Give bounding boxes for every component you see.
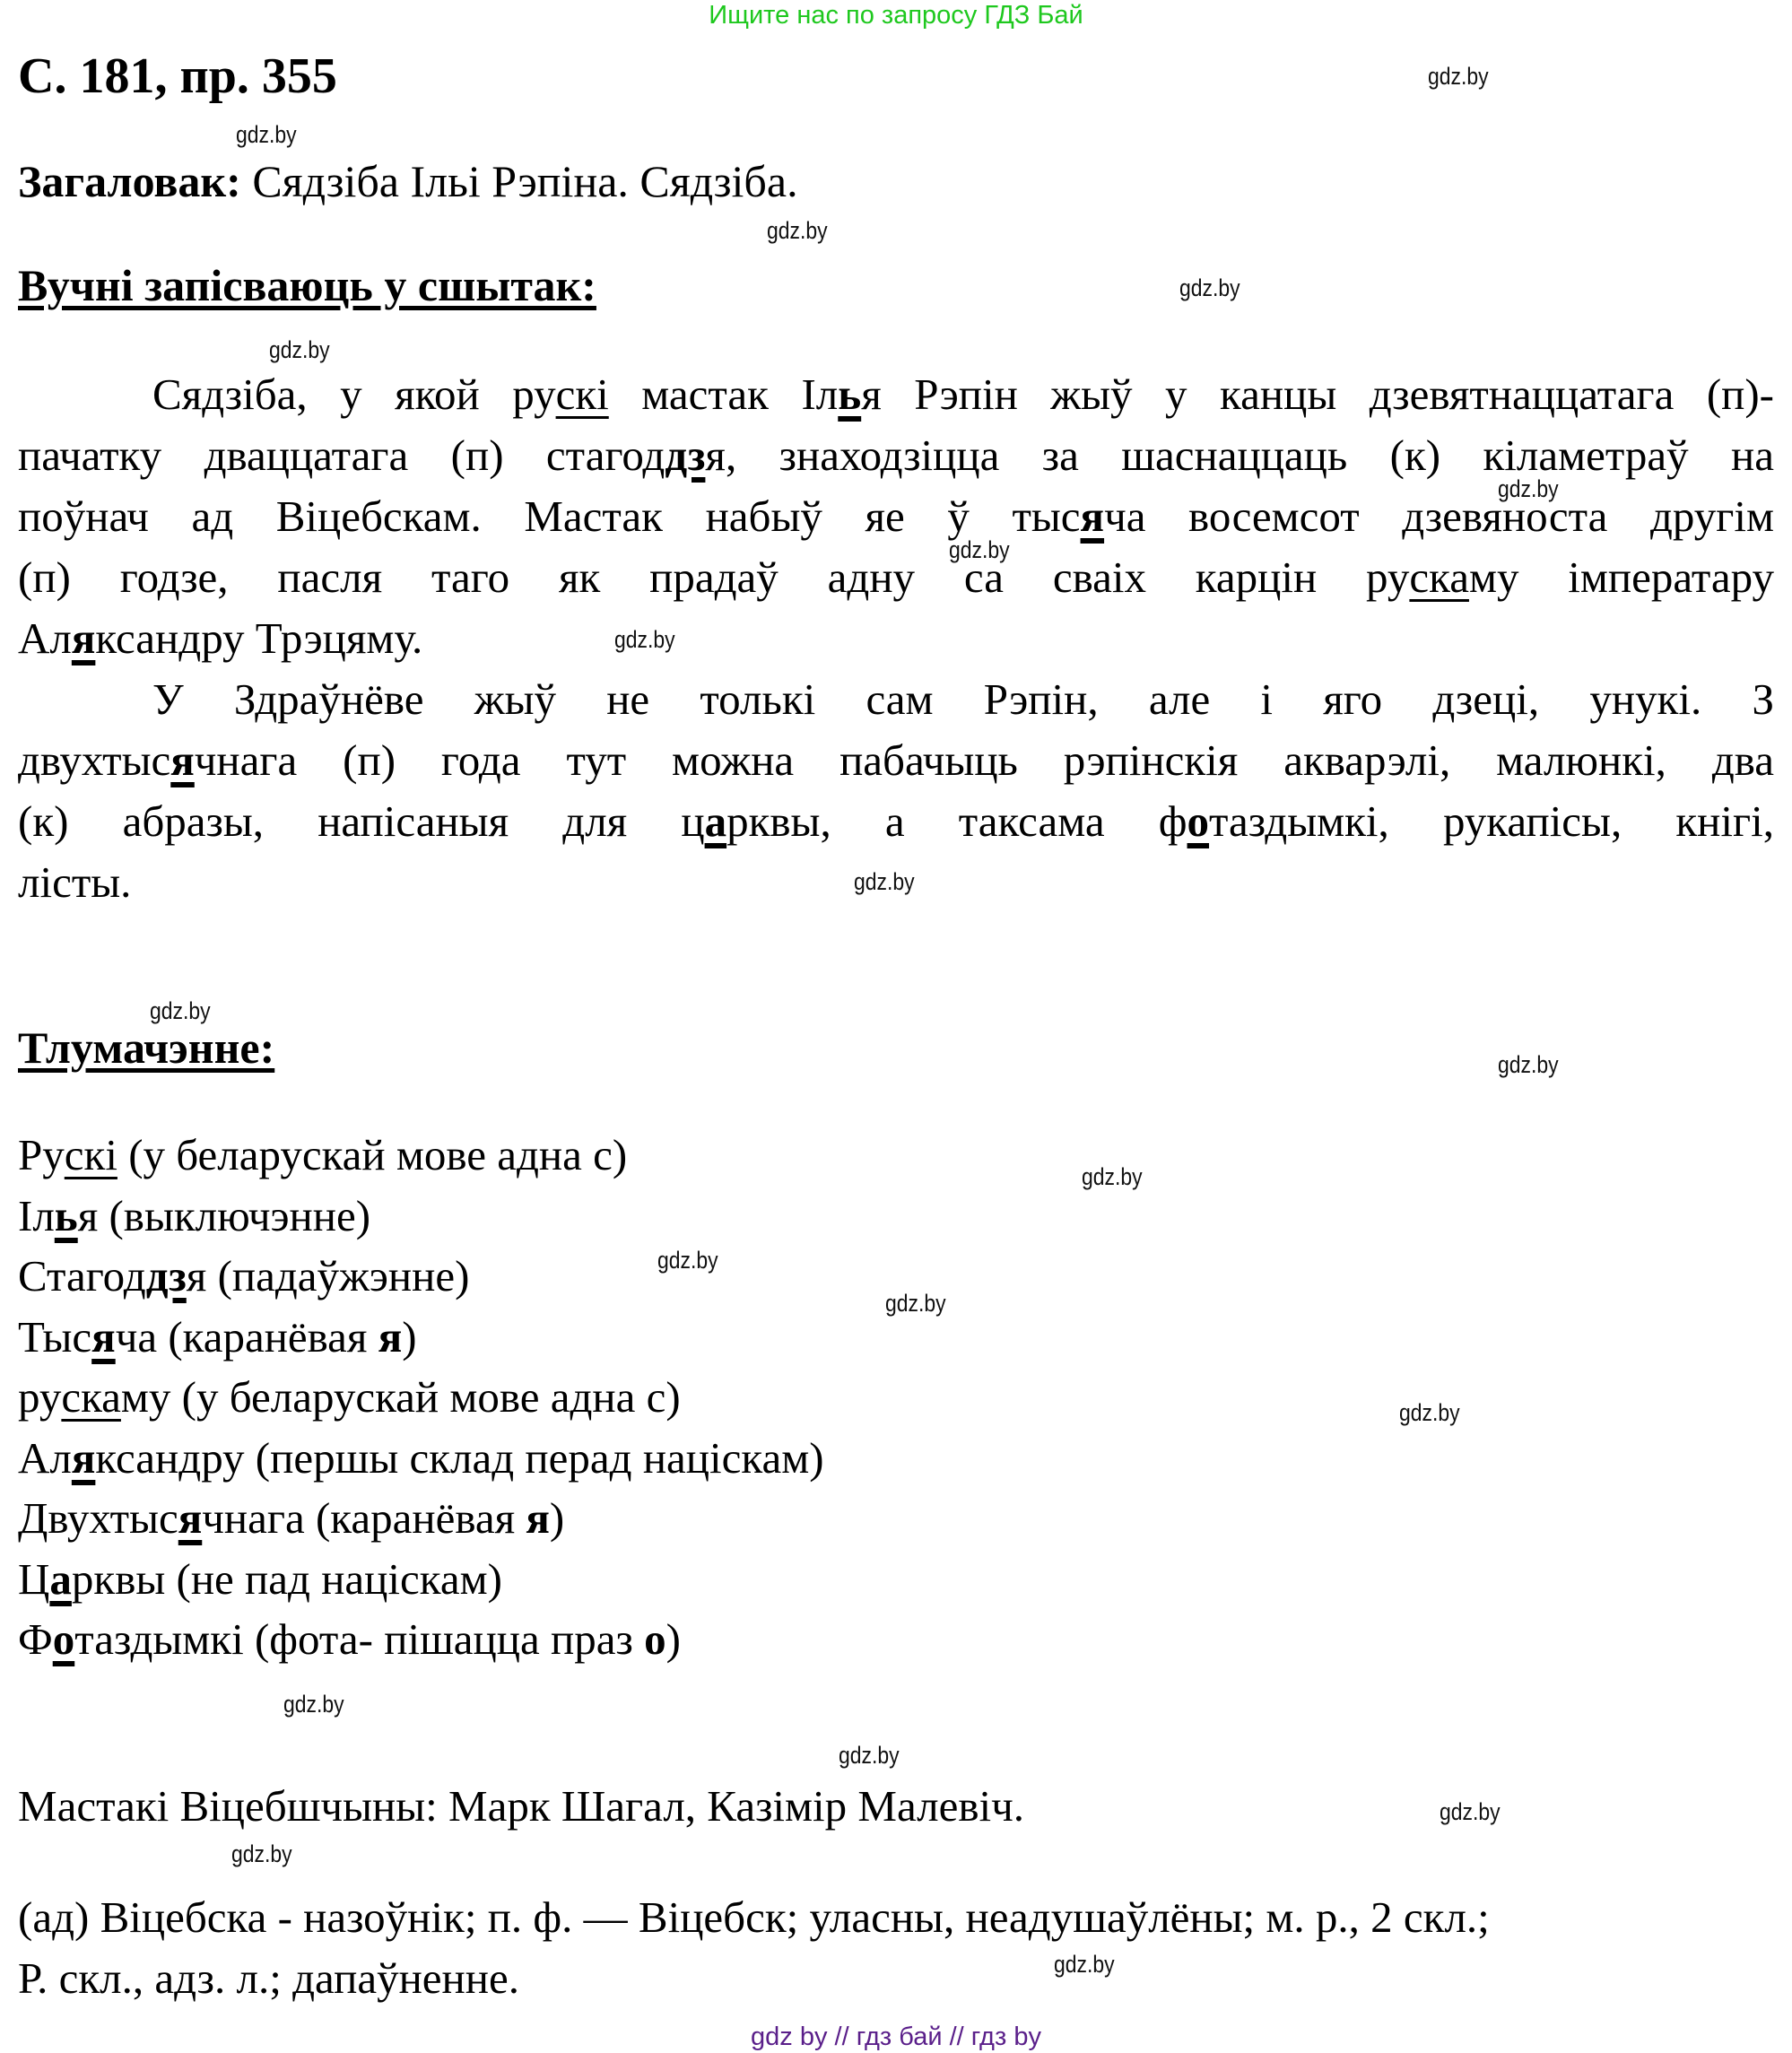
text-segment: лісты.	[18, 857, 131, 907]
text-segment: )	[402, 1312, 416, 1361]
text-segment: (п) годзе, пасля таго як прадаў адну са …	[18, 552, 1409, 602]
text-segment: ча восемсот дзевяноста другім	[1104, 492, 1774, 541]
watermark-text: gdz.by	[1054, 1951, 1115, 1979]
marked-letter: я	[91, 1312, 116, 1361]
glossary-line: Стагоддзя (падаўжэнне)	[18, 1249, 469, 1303]
text-segment: рквы, а таксама ф	[726, 796, 1187, 846]
paragraph-2-line: двухтысячнага (п) года тут можна пабачыц…	[18, 734, 1774, 787]
text-segment: Сядзіба, у якой ру	[18, 370, 556, 419]
marked-letter: о	[1187, 796, 1210, 846]
text-segment: Ал	[18, 613, 72, 663]
watermark-text: gdz.by	[657, 1247, 718, 1274]
watermark-text: gdz.by	[236, 121, 297, 149]
text-segment: му (у беларускай мове адна с)	[121, 1372, 681, 1422]
marked-letter: я	[178, 1493, 203, 1543]
watermark-text: gdz.by	[283, 1691, 344, 1718]
text-segment: чнага (каранёвая	[202, 1493, 526, 1543]
paragraph-1-line: (п) годзе, пасля таго як прадаў адну са …	[18, 551, 1774, 605]
marked-letter: ь	[838, 370, 861, 419]
watermark-text: gdz.by	[1440, 1798, 1501, 1826]
bold-letter: я	[378, 1312, 403, 1361]
marked-letter: я	[1081, 492, 1105, 541]
text-segment: Ал	[18, 1433, 72, 1483]
text-segment: чнага (п) года тут можна пабачыць рэпінс…	[195, 735, 1774, 785]
text-segment: ру	[18, 1372, 61, 1422]
text-segment: Ц	[18, 1554, 49, 1604]
text-segment: мастак Іл	[609, 370, 839, 419]
search-banner[interactable]: Ищите нас по запросу ГДЗ Бай	[0, 0, 1792, 30]
paragraph-1-line: Сядзіба, у якой рускі мастак Ілья Рэпін …	[18, 368, 1774, 422]
text-segment: я, знаходзіцца за шаснаццаць (к) кіламет…	[705, 431, 1774, 480]
underlined-letters: ска	[61, 1372, 121, 1422]
underlined-letters: ска	[1409, 552, 1469, 602]
watermark-text: gdz.by	[854, 868, 915, 896]
bold-letter: я	[526, 1493, 550, 1543]
watermark-text: gdz.by	[614, 626, 675, 654]
watermark-text: gdz.by	[949, 536, 1010, 564]
page-title: С. 181, пр. 355	[18, 45, 337, 108]
heading-text: Сядзіба Ільі Рэпіна. Сядзіба.	[241, 156, 798, 206]
text-segment: таздымкі, рукапісы, кнігі,	[1209, 796, 1774, 846]
text-segment: ксандру Трэцяму.	[95, 613, 422, 663]
notebook-heading: Вучні запісваюць у сшытак:	[18, 258, 596, 312]
footer-links[interactable]: gdz by // гдз бай // гдз by	[0, 2023, 1792, 2052]
underlined-letters: скі	[556, 370, 609, 419]
glossary-line: рускаму (у беларускай мове адна с)	[18, 1370, 681, 1424]
marked-letter: а	[49, 1554, 72, 1604]
watermark-text: gdz.by	[231, 1840, 292, 1868]
marked-letter: дз	[665, 431, 705, 480]
glossary-line: Фотаздымкі (фота- пішацца праз о)	[18, 1613, 681, 1666]
heading-line: Загаловак: Сядзіба Ільі Рэпіна. Сядзіба.	[18, 154, 798, 208]
paragraph-2-line: (к) абразы, напісаныя для царквы, а такс…	[18, 795, 1774, 848]
watermark-text: gdz.by	[269, 336, 330, 364]
glossary-line: Двухтысячнага (каранёвая я)	[18, 1492, 564, 1545]
marked-letter: я	[170, 735, 195, 785]
watermark-text: gdz.by	[1082, 1163, 1143, 1191]
marked-letter: о	[53, 1614, 75, 1664]
paragraph-2-line: лісты.	[18, 856, 131, 909]
artists-line: Мастакі Віцебшчыны: Марк Шагал, Казімір …	[18, 1779, 1024, 1833]
text-segment: (к) абразы, напісаныя для ц	[18, 796, 705, 846]
text-segment: поўнач ад Віцебскам. Мастак набыў яе ў т…	[18, 492, 1081, 541]
watermark-text: gdz.by	[1179, 274, 1240, 302]
underlined-letters: скі	[65, 1130, 117, 1179]
text-segment: Тыс	[18, 1312, 91, 1361]
watermark-text: gdz.by	[885, 1290, 946, 1318]
text-segment: )	[550, 1493, 564, 1543]
glossary-line: Ілья (выключэнне)	[18, 1189, 370, 1243]
text-segment: (у беларускай мове адна с)	[117, 1130, 627, 1179]
text-segment: ксандру (першы склад перад націскам)	[95, 1433, 823, 1483]
marked-letter: дз	[146, 1251, 187, 1301]
text-segment: рквы (не пад націскам)	[72, 1554, 502, 1604]
text-segment: Іл	[18, 1191, 55, 1240]
marked-letter: ь	[55, 1191, 78, 1240]
marked-letter: а	[705, 796, 727, 846]
text-segment: я (падаўжэнне)	[187, 1251, 470, 1301]
watermark-text: gdz.by	[150, 997, 211, 1025]
text-segment: Двухтыс	[18, 1493, 178, 1543]
explanation-heading-text: Тлумачэнне:	[18, 1022, 274, 1073]
watermark-text: gdz.by	[767, 217, 828, 245]
watermark-text: gdz.by	[839, 1742, 900, 1770]
glossary-line: Царквы (не пад націскам)	[18, 1553, 502, 1606]
watermark-text: gdz.by	[1498, 475, 1559, 503]
text-segment: Ру	[18, 1130, 65, 1179]
watermark-text: gdz.by	[1498, 1051, 1559, 1079]
analysis-line-2: Р. скл., адз. л.; дапаўненне.	[18, 1952, 519, 2005]
bold-letter: о	[644, 1614, 666, 1664]
marked-letter: я	[72, 1433, 96, 1483]
marked-letter: я	[72, 613, 96, 663]
glossary-line: Тысяча (каранёвая я)	[18, 1310, 417, 1364]
paragraph-2-line: У Здраўнёве жыў не толькі сам Рэпін, але…	[18, 673, 1774, 726]
text-segment: Ф	[18, 1614, 53, 1664]
glossary-line: Рускі (у беларускай мове адна с)	[18, 1128, 627, 1182]
watermark-text: gdz.by	[1428, 63, 1489, 91]
text-segment: таздымкі (фота- пішацца праз	[74, 1614, 644, 1664]
text-segment: У Здраўнёве жыў не толькі сам Рэпін, але…	[18, 674, 1774, 724]
paragraph-1-line: пачатку дваццатага (п) стагоддзя, знаход…	[18, 429, 1774, 483]
text-segment: пачатку дваццатага (п) стагод	[18, 431, 665, 480]
text-segment: двухтыс	[18, 735, 170, 785]
heading-label: Загаловак:	[18, 156, 241, 206]
notebook-heading-text: Вучні запісваюць у сшытак:	[18, 260, 596, 310]
text-segment: ча (каранёвая	[116, 1312, 378, 1361]
text-segment: му імператару	[1469, 552, 1774, 602]
text-segment: я (выключэнне)	[78, 1191, 370, 1240]
text-segment: Стагод	[18, 1251, 146, 1301]
paragraph-1-line: Аляксандру Трэцяму.	[18, 612, 422, 665]
glossary-line: Аляксандру (першы склад перад націскам)	[18, 1431, 824, 1485]
watermark-text: gdz.by	[1399, 1399, 1460, 1427]
explanation-heading: Тлумачэнне:	[18, 1021, 274, 1074]
analysis-line-1: (ад) Віцебска - назоўнік; п. ф. — Віцебс…	[18, 1891, 1490, 1944]
text-segment: )	[666, 1614, 681, 1664]
text-segment: я Рэпін жыў у канцы дзевятнаццатага (п)-	[861, 370, 1774, 419]
